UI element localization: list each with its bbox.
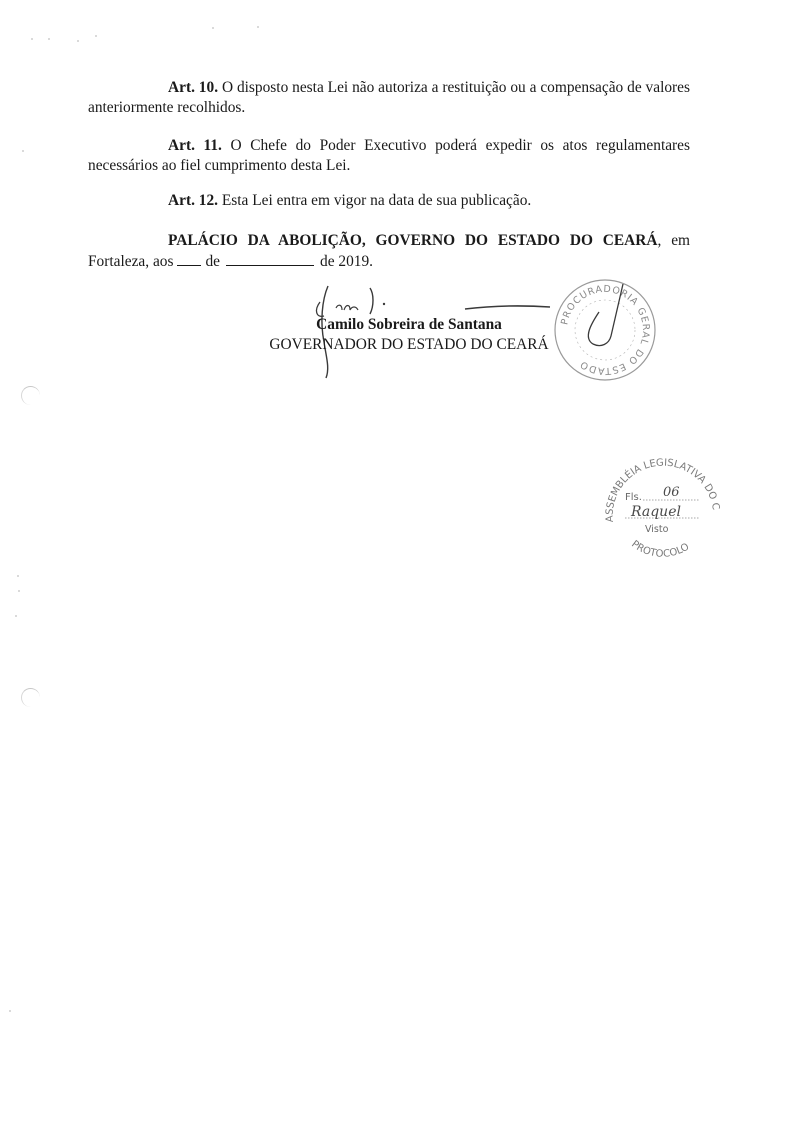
scan-speck	[22, 150, 24, 152]
scan-speck	[48, 38, 50, 40]
closing-year: de 2019.	[320, 253, 373, 270]
scanned-document-page: Art. 10. O disposto nesta Lei não autori…	[0, 0, 799, 1137]
scan-speck	[15, 615, 17, 617]
signatory-name: Camilo Sobreira de Santana	[268, 315, 550, 335]
scan-speck	[31, 38, 33, 40]
scan-speck	[95, 35, 97, 37]
article-text: Esta Lei entra em vigor na data de sua p…	[218, 192, 531, 209]
punch-hole-mark	[21, 386, 40, 405]
article-11: Art. 11. O Chefe do Poder Executivo pode…	[88, 136, 690, 176]
closing-de: de	[205, 253, 220, 270]
assembleia-ring-bottom: PROTOCOLO	[629, 539, 691, 560]
fls-value: 06	[663, 485, 680, 500]
article-label: Art. 11.	[168, 137, 222, 154]
svg-text:PROCURADORIA GERAL DO ESTADO: PROCURADORIA GERAL DO ESTADO	[559, 284, 651, 376]
visto-signature: Raquel	[630, 504, 681, 520]
article-12: Art. 12. Esta Lei entra em vigor na data…	[88, 191, 690, 211]
scan-speck	[77, 40, 79, 42]
closing-city: Fortaleza, aos	[88, 253, 173, 270]
article-10: Art. 10. O disposto nesta Lei não autori…	[88, 78, 690, 118]
visto-label: Visto	[645, 524, 669, 535]
svg-text:PROTOCOLO: PROTOCOLO	[629, 539, 691, 560]
day-blank	[177, 251, 201, 266]
closing-place: PALÁCIO DA ABOLIÇÃO, GOVERNO DO ESTADO D…	[168, 232, 658, 249]
scan-speck	[9, 1010, 11, 1012]
assembleia-protocolo-stamp: ASSEMBLÉIA LEGISLATIVA DO CEARÁ PROTOCOL…	[595, 440, 725, 565]
closing-place-suffix: , em	[658, 232, 691, 249]
scan-speck	[257, 26, 259, 28]
scan-speck	[17, 575, 19, 577]
scan-speck	[18, 590, 20, 592]
article-label: Art. 10.	[168, 79, 218, 96]
signature-block: Camilo Sobreira de Santana GOVERNADOR DO…	[230, 315, 550, 355]
punch-hole-mark	[21, 688, 40, 707]
signatory-role: GOVERNADOR DO ESTADO DO CEARÁ	[268, 335, 550, 355]
pge-stamp: PROCURADORIA GERAL DO ESTADO	[553, 278, 657, 382]
month-blank	[226, 251, 314, 266]
scan-speck	[212, 27, 214, 29]
pge-ring-text: PROCURADORIA GERAL DO ESTADO	[559, 284, 651, 376]
closing-place-date: PALÁCIO DA ABOLIÇÃO, GOVERNO DO ESTADO D…	[88, 231, 690, 272]
fls-label: Fls.	[625, 492, 642, 503]
article-label: Art. 12.	[168, 192, 218, 209]
